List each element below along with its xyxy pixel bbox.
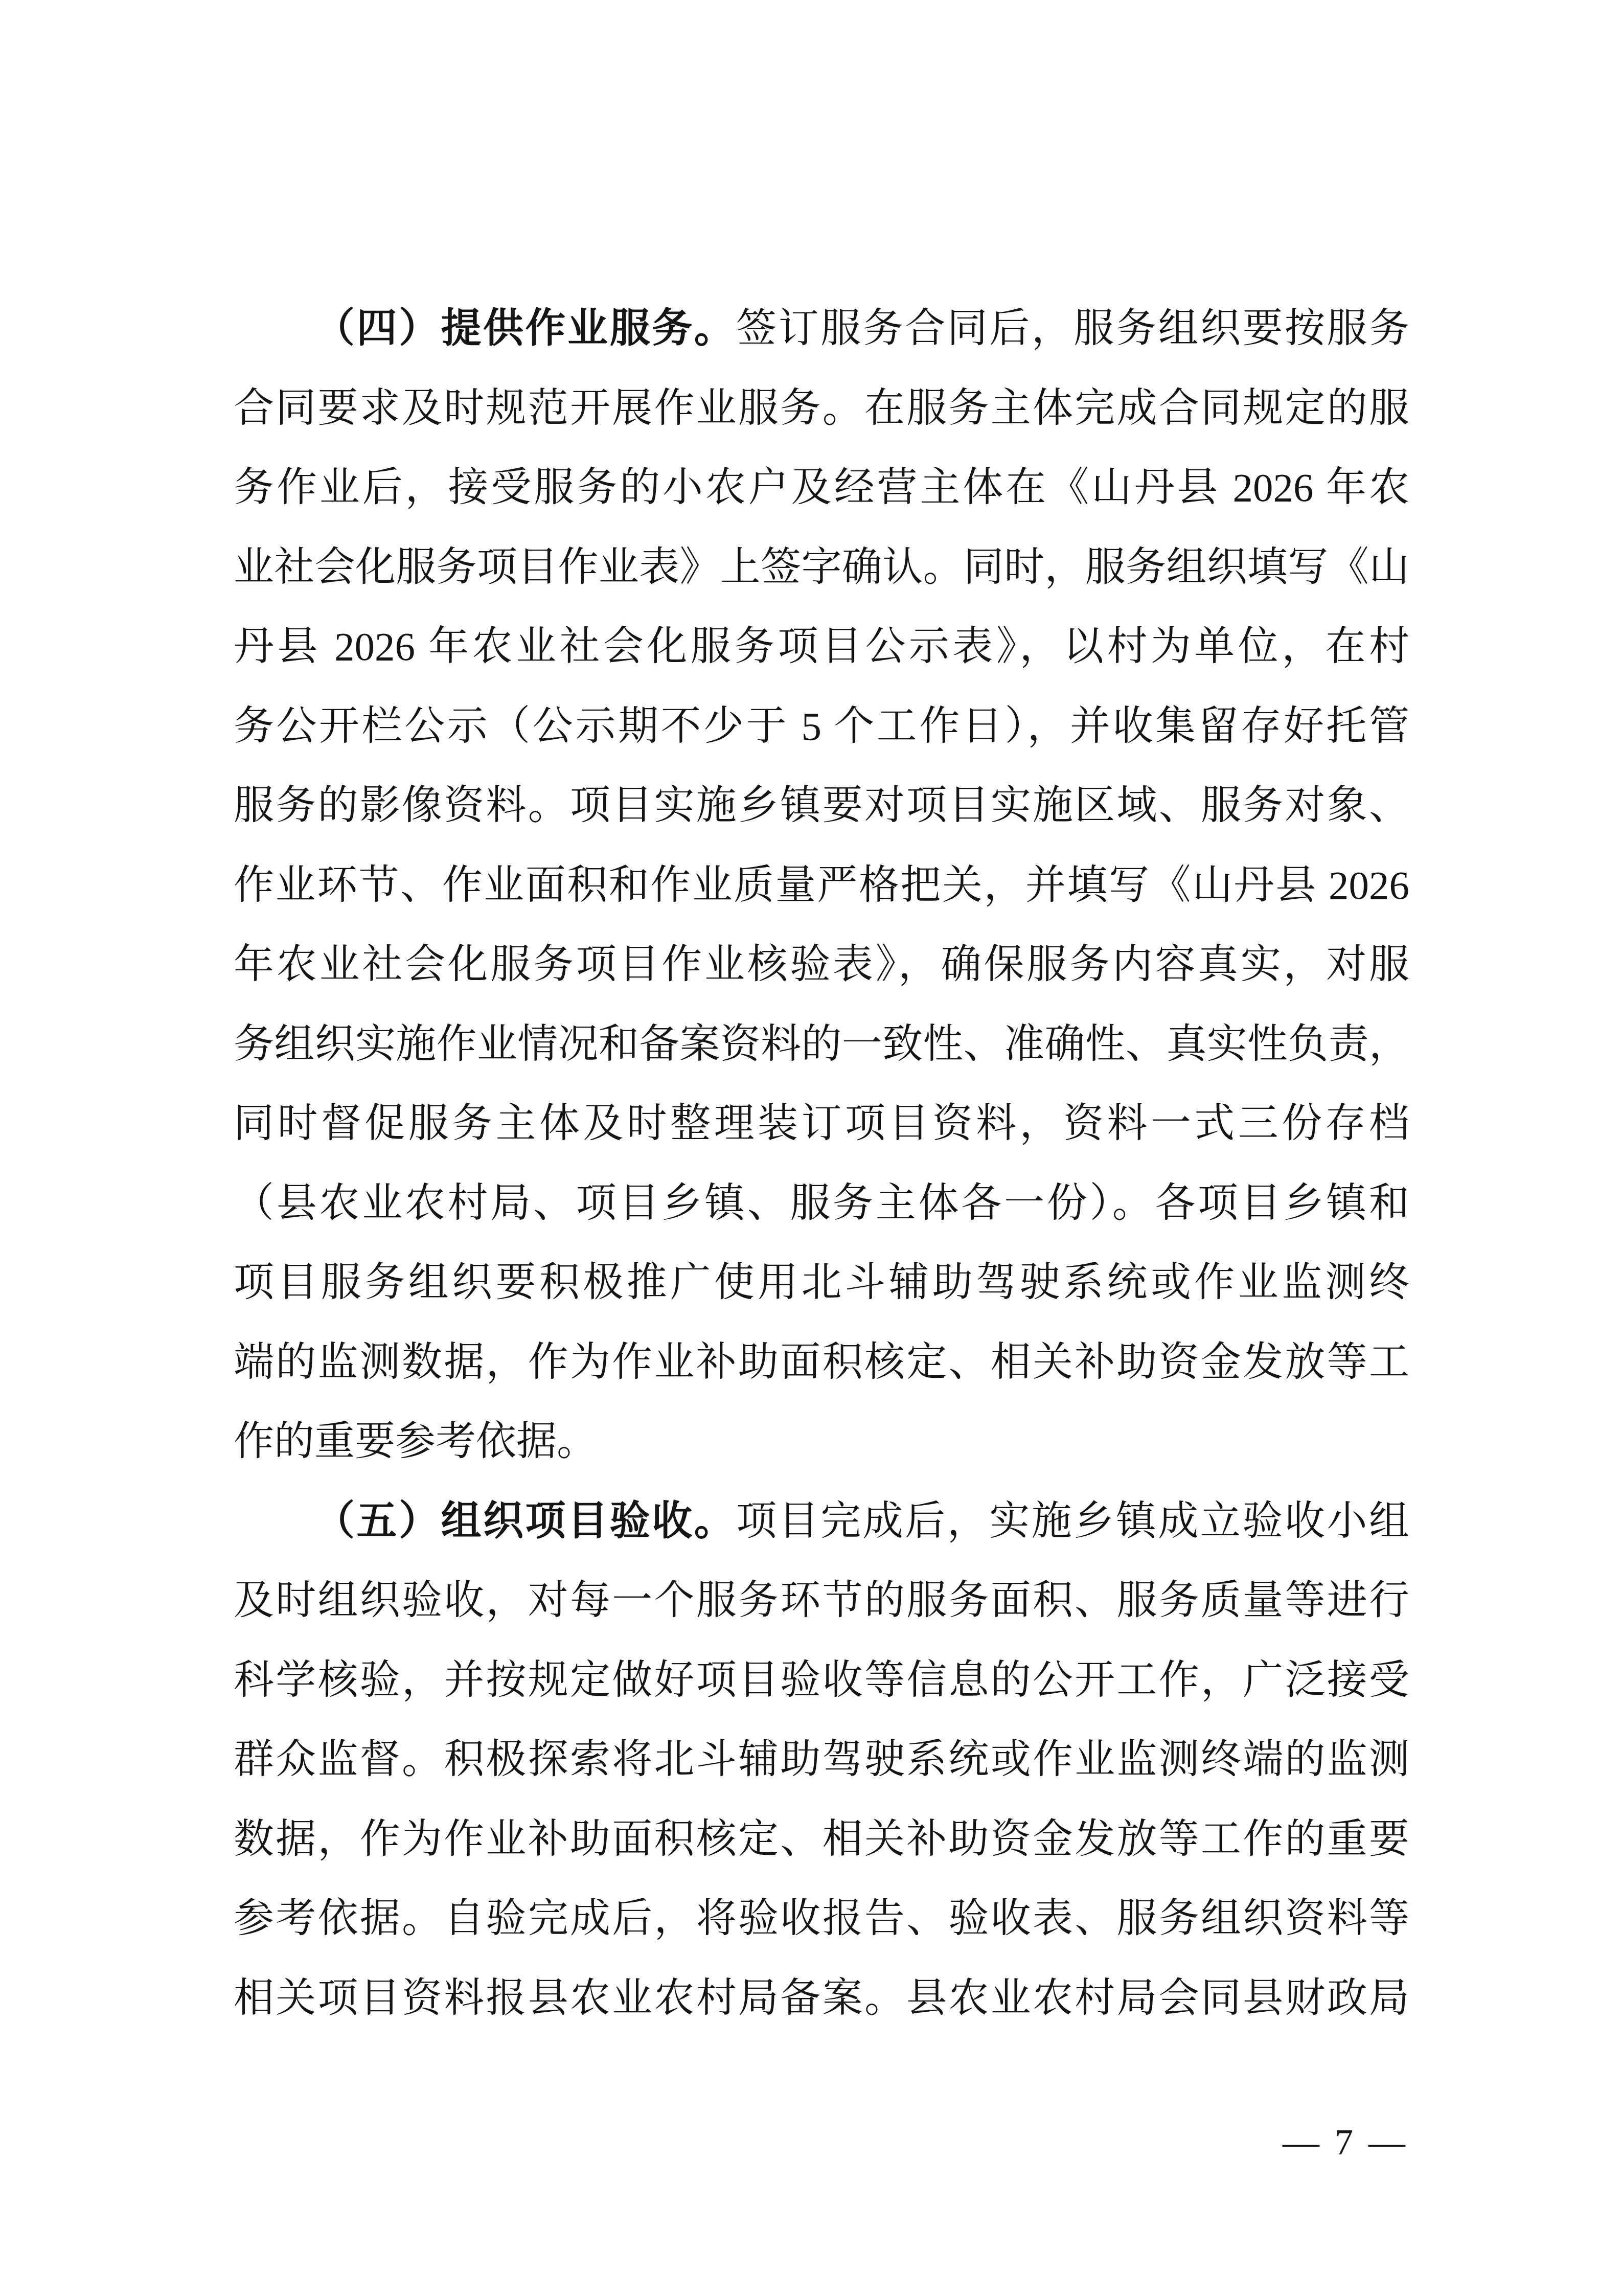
line-text: 务组织实施作业情况和备案资料的一致性、准确性、真实性负责， bbox=[234, 1022, 1409, 1067]
line-text: （县农业农村局、项目乡镇、服务主体各一份）。各项目乡镇和 bbox=[234, 1181, 1409, 1226]
line-text: 务作业后，接受服务的小农户及经营主体在《山丹县 2026 年农 bbox=[234, 466, 1409, 510]
text-line: 作的重要参考依据。 bbox=[234, 1402, 1409, 1482]
line-text: 数据，作为作业补助面积核定、相关补助资金发放等工作的重要 bbox=[234, 1817, 1409, 1862]
text-line: 端的监测数据，作为作业补助面积核定、相关补助资金发放等工 bbox=[234, 1323, 1409, 1403]
line-text: 项目服务组织要积极推广使用北斗辅助驾驶系统或作业监测终 bbox=[234, 1261, 1409, 1305]
line-text: 丹县 2026 年农业社会化服务项目公示表》，以村为单位，在村 bbox=[234, 625, 1409, 669]
text-line: 作业环节、作业面积和作业质量严格把关，并填写《山丹县 2026 bbox=[234, 846, 1409, 926]
text-line: 合同要求及时规范开展作业服务。在服务主体完成合同规定的服 bbox=[234, 369, 1409, 449]
text-line: 同时督促服务主体及时整理装订项目资料，资料一式三份存档 bbox=[234, 1084, 1409, 1164]
line-text: 群众监督。积极探索将北斗辅助驾驶系统或作业监测终端的监测 bbox=[234, 1738, 1409, 1782]
document-body: （四）提供作业服务。签订服务合同后，服务组织要按服务合同要求及时规范开展作业服务… bbox=[234, 289, 1409, 2038]
text-line: 务组织实施作业情况和备案资料的一致性、准确性、真实性负责， bbox=[234, 1005, 1409, 1085]
paragraph-heading: （五）组织项目验收。 bbox=[314, 1499, 736, 1544]
text-line: 相关项目资料报县农业农村局备案。县农业农村局会同县财政局 bbox=[234, 1959, 1409, 2039]
paragraph: （四）提供作业服务。签订服务合同后，服务组织要按服务合同要求及时规范开展作业服务… bbox=[234, 289, 1409, 1482]
line-text: 年农业社会化服务项目作业核验表》，确保服务内容真实，对服 bbox=[234, 943, 1409, 987]
text-line: （四）提供作业服务。签订服务合同后，服务组织要按服务 bbox=[234, 289, 1409, 369]
line-text: 作的重要参考依据。 bbox=[234, 1420, 597, 1464]
line-text: 服务的影像资料。项目实施乡镇要对项目实施区域、服务对象、 bbox=[234, 784, 1409, 828]
line-text: 务公开栏公示（公示期不少于 5 个工作日），并收集留存好托管 bbox=[234, 704, 1409, 749]
line-text: 科学核验，并按规定做好项目验收等信息的公开工作，广泛接受 bbox=[234, 1658, 1409, 1703]
text-line: 群众监督。积极探索将北斗辅助驾驶系统或作业监测终端的监测 bbox=[234, 1720, 1409, 1800]
text-line: 年农业社会化服务项目作业核验表》，确保服务内容真实，对服 bbox=[234, 925, 1409, 1005]
text-line: 业社会化服务项目作业表》上签字确认。同时，服务组织填写《山 bbox=[234, 528, 1409, 608]
text-line: 及时组织验收，对每一个服务环节的服务面积、服务质量等进行 bbox=[234, 1561, 1409, 1641]
text-line: 务公开栏公示（公示期不少于 5 个工作日），并收集留存好托管 bbox=[234, 687, 1409, 767]
paragraph-heading: （四）提供作业服务。 bbox=[314, 307, 736, 351]
line-text: 及时组织验收，对每一个服务环节的服务面积、服务质量等进行 bbox=[234, 1579, 1409, 1623]
text-line: 服务的影像资料。项目实施乡镇要对项目实施区域、服务对象、 bbox=[234, 766, 1409, 846]
page-number: — 7 — bbox=[1283, 2124, 1408, 2161]
text-line: 务作业后，接受服务的小农户及经营主体在《山丹县 2026 年农 bbox=[234, 448, 1409, 528]
line-text: 相关项目资料报县农业农村局备案。县农业农村局会同县财政局 bbox=[234, 1976, 1409, 2021]
line-text: 参考依据。自验完成后，将验收报告、验收表、服务组织资料等 bbox=[234, 1897, 1409, 1941]
text-line: 项目服务组织要积极推广使用北斗辅助驾驶系统或作业监测终 bbox=[234, 1243, 1409, 1323]
text-line: （县农业农村局、项目乡镇、服务主体各一份）。各项目乡镇和 bbox=[234, 1164, 1409, 1244]
text-line: 丹县 2026 年农业社会化服务项目公示表》，以村为单位，在村 bbox=[234, 607, 1409, 687]
text-line: 科学核验，并按规定做好项目验收等信息的公开工作，广泛接受 bbox=[234, 1641, 1409, 1721]
line-text: 签订服务合同后，服务组织要按服务 bbox=[736, 307, 1409, 351]
text-line: 参考依据。自验完成后，将验收报告、验收表、服务组织资料等 bbox=[234, 1879, 1409, 1959]
paragraph: （五）组织项目验收。项目完成后，实施乡镇成立验收小组及时组织验收，对每一个服务环… bbox=[234, 1482, 1409, 2039]
line-text: 同时督促服务主体及时整理装订项目资料，资料一式三份存档 bbox=[234, 1102, 1409, 1146]
line-text: 合同要求及时规范开展作业服务。在服务主体完成合同规定的服 bbox=[234, 387, 1409, 431]
line-text: 项目完成后，实施乡镇成立验收小组 bbox=[736, 1499, 1409, 1544]
line-text: 业社会化服务项目作业表》上签字确认。同时，服务组织填写《山 bbox=[234, 545, 1409, 590]
line-text: 端的监测数据，作为作业补助面积核定、相关补助资金发放等工 bbox=[234, 1340, 1409, 1385]
text-line: 数据，作为作业补助面积核定、相关补助资金发放等工作的重要 bbox=[234, 1800, 1409, 1880]
text-line: （五）组织项目验收。项目完成后，实施乡镇成立验收小组 bbox=[234, 1482, 1409, 1562]
document-page: （四）提供作业服务。签订服务合同后，服务组织要按服务合同要求及时规范开展作业服务… bbox=[0, 0, 1622, 2296]
line-text: 作业环节、作业面积和作业质量严格把关，并填写《山丹县 2026 bbox=[234, 863, 1409, 908]
